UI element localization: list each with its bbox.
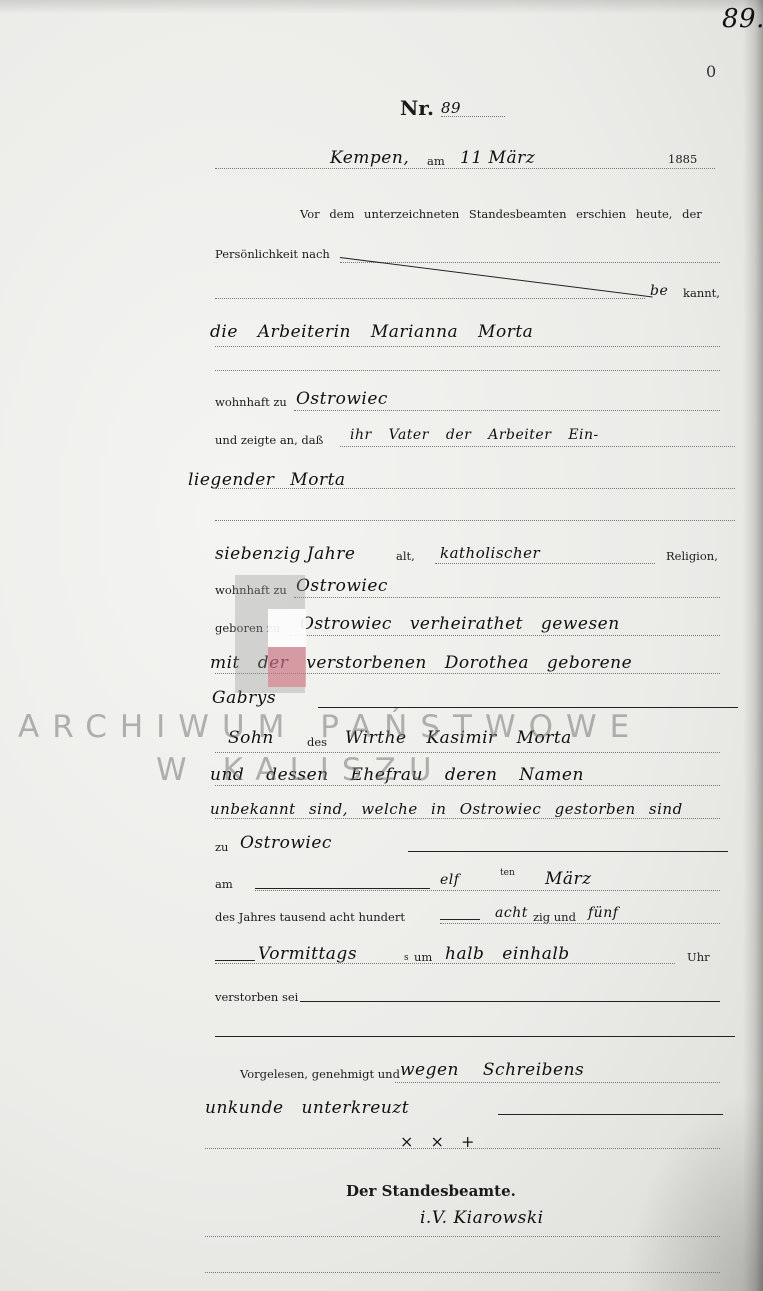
death-am-line xyxy=(255,888,430,889)
archive-logo xyxy=(235,575,305,693)
birthplace-hand: Ostrowiec verheirathet gewesen xyxy=(300,614,620,634)
died-label: verstorben sei xyxy=(215,990,298,1004)
deceased-residence-line xyxy=(294,597,720,598)
residence-value: Ostrowiec xyxy=(296,389,388,409)
signature-line xyxy=(205,1236,720,1237)
page-number: 89. xyxy=(722,4,763,34)
time-uhr-label: Uhr xyxy=(687,950,710,964)
deceased-residence-value: Ostrowiec xyxy=(296,576,388,596)
bottom-line xyxy=(205,1272,720,1273)
death-am-label: am xyxy=(215,877,233,891)
intro-line: Vor dem unterzeichneten Standesbeamten e… xyxy=(300,207,702,221)
age-label: alt, xyxy=(396,549,415,563)
corner-shadow xyxy=(623,1091,763,1291)
closing-line-2 xyxy=(498,1114,723,1115)
death-place-line xyxy=(408,851,728,852)
age-hand: siebenzig Jahre xyxy=(215,544,355,564)
closing-hand-1: wegen Schreibens xyxy=(400,1060,584,1080)
residence-label: wohnhaft zu xyxy=(215,395,287,409)
religion-line xyxy=(435,563,655,564)
time-hand: halb einhalb xyxy=(445,944,570,964)
death-place-label: zu xyxy=(215,840,228,854)
logo-white-block xyxy=(268,609,306,647)
identity-line-2 xyxy=(215,298,645,299)
top-shade xyxy=(0,0,763,14)
am-label: am xyxy=(427,154,445,168)
closing-hand-2: unkunde unterkreuzt xyxy=(205,1098,409,1118)
record-number-value: 89 xyxy=(441,99,461,117)
identity-suffix: kannt, xyxy=(683,286,720,300)
closing-label: Vorgelesen, genehmigt und xyxy=(240,1067,400,1081)
marks-line xyxy=(205,1148,720,1149)
identity-line-1 xyxy=(340,262,720,263)
official-signature: i.V. Kiarowski xyxy=(420,1208,544,1228)
informant-name: die Arbeiterin Marianna Morta xyxy=(210,322,533,342)
religion-hand: katholischer xyxy=(440,544,540,562)
time-um-label: um xyxy=(414,950,432,964)
death-month: März xyxy=(545,869,592,889)
year-dash xyxy=(440,919,480,920)
document-page: 89. 0 Nr. 89 Kempen, am 11 März 1885 Vor… xyxy=(0,0,763,1291)
time-dotted xyxy=(215,963,675,964)
religion-label: Religion, xyxy=(666,549,718,563)
strike-line xyxy=(340,257,653,297)
date-line xyxy=(215,168,715,169)
informant-line xyxy=(215,346,720,347)
declared-line xyxy=(340,446,735,447)
died-line xyxy=(300,1001,720,1002)
watermark-line-1: ARCHIWUM PAŃSTWOWE xyxy=(18,706,642,749)
time-of-day: Vormittags xyxy=(258,944,357,964)
record-number-line xyxy=(441,116,505,117)
record-place: Kempen, xyxy=(330,148,409,168)
record-number-label: Nr. xyxy=(400,96,434,120)
death-place-value: Ostrowiec xyxy=(240,833,332,853)
blank-line-1 xyxy=(215,370,720,371)
death-date-dotted xyxy=(255,890,720,891)
record-year: 1885 xyxy=(668,152,697,166)
archive-watermark: ARCHIWUM PAŃSTWOWE W KALISZU xyxy=(18,706,642,793)
identity-label: Persönlichkeit nach xyxy=(215,247,330,261)
declared-label: und zeigte an, daß xyxy=(215,433,323,447)
watermark-line-2: W KALISZU xyxy=(18,749,642,792)
year-zig-label: zig und xyxy=(533,910,576,924)
deceased-name: liegender Morta xyxy=(188,470,346,490)
parents-line3: unbekannt sind, welche in Ostrowiec gest… xyxy=(210,800,683,818)
death-day-hand: elf xyxy=(440,872,459,888)
year-dotted xyxy=(440,923,720,924)
death-day-suffix: ten xyxy=(500,868,515,878)
logo-red-block xyxy=(268,647,306,687)
deceased-line xyxy=(215,488,735,489)
identity-suffix-hand: be xyxy=(650,283,668,299)
year-label: des Jahres tausend acht hundert xyxy=(215,910,405,924)
stamp-mark: 0 xyxy=(706,62,716,81)
birthplace-line xyxy=(290,635,720,636)
official-title: Der Standesbeamte. xyxy=(346,1182,516,1200)
blank-line-3 xyxy=(215,1036,735,1037)
time-s: s xyxy=(404,953,409,963)
declared-hand: ihr Vater der Arbeiter Ein- xyxy=(350,427,599,443)
parents-line-3 xyxy=(215,818,720,819)
blank-line-2 xyxy=(215,520,735,521)
record-date: 11 März xyxy=(460,148,535,168)
closing-line-1 xyxy=(395,1082,720,1083)
residence-line xyxy=(294,410,720,411)
time-dash xyxy=(215,960,255,961)
year-tens-hand: acht xyxy=(495,905,528,921)
year-units-hand: fünf xyxy=(588,905,618,921)
